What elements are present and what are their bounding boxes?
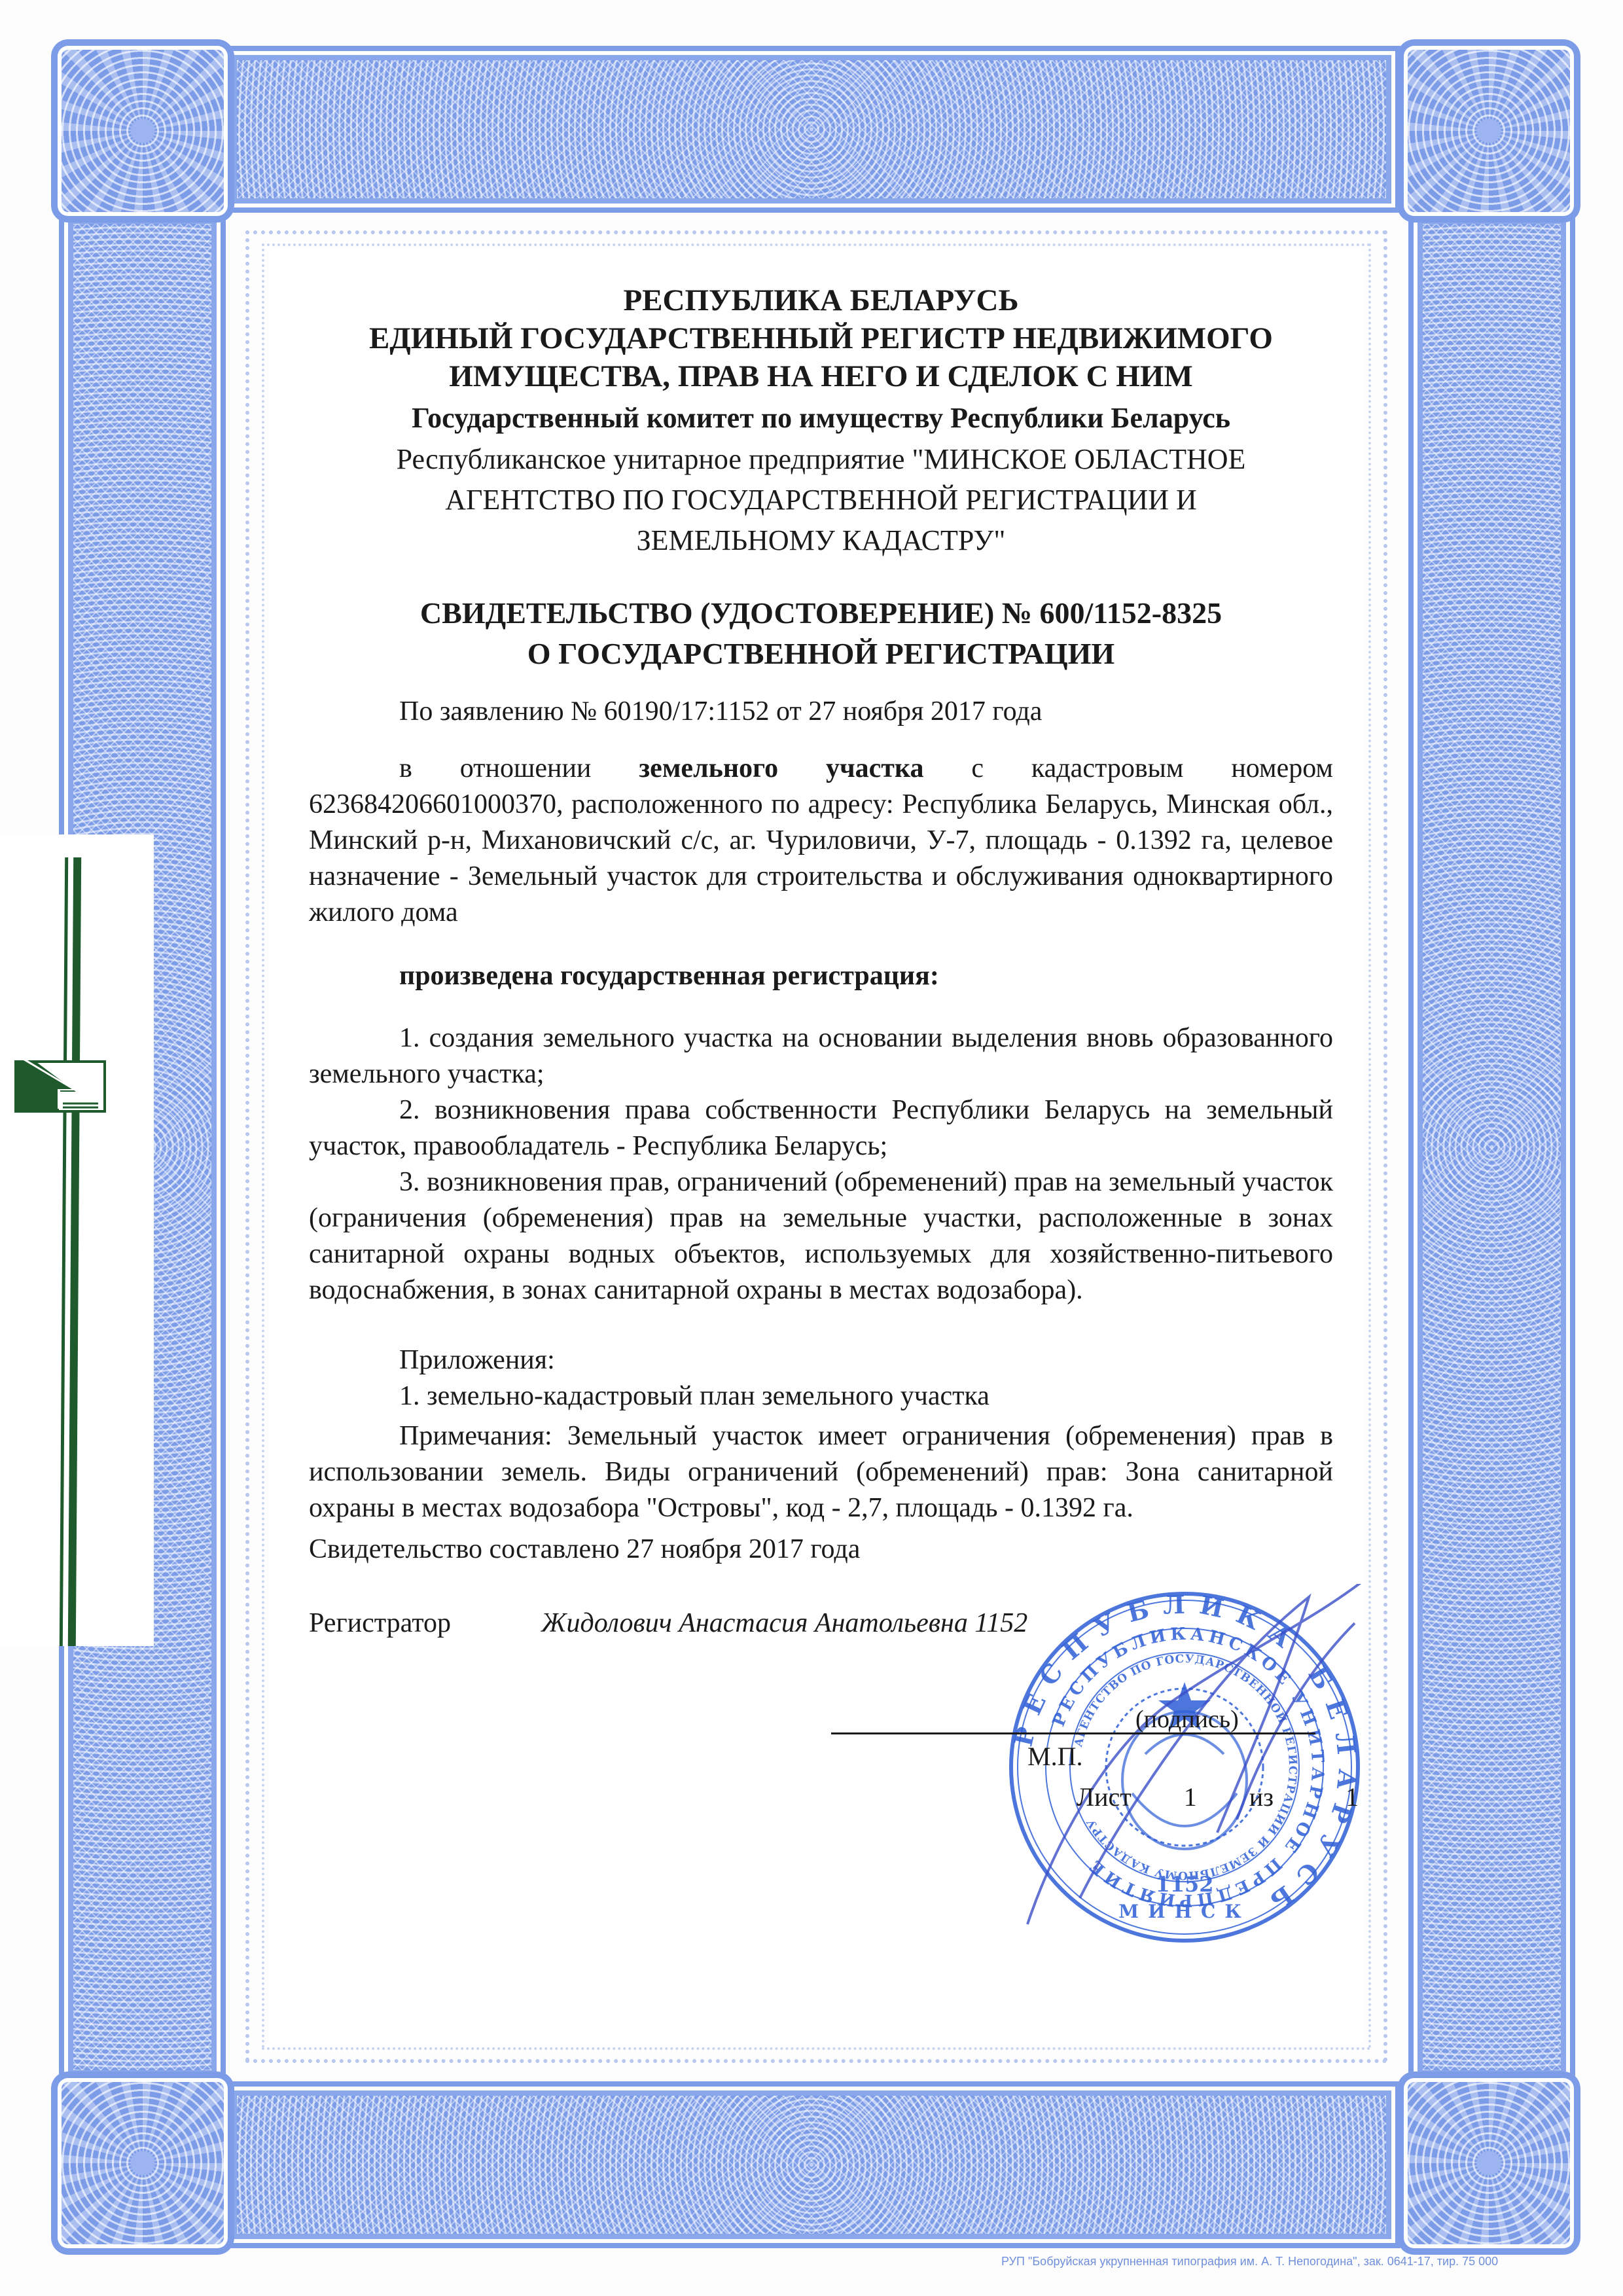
sheet-label: Лист <box>1077 1782 1132 1812</box>
registrar-label: Регистратор <box>309 1605 451 1641</box>
certificate-title-line1: СВИДЕТЕЛЬСТВО (УДОСТОВЕРЕНИЕ) № 600/1152… <box>309 593 1333 634</box>
signature-line <box>831 1732 1315 1734</box>
sheet-number: 1 <box>1184 1782 1197 1812</box>
certificate-body: РЕСПУБЛИКА БЕЛАРУСЬ ЕДИНЫЙ ГОСУДАРСТВЕНН… <box>309 281 1333 1645</box>
corner-medallion-bottom-right <box>1397 2072 1580 2255</box>
registered-heading: произведена государственная регистрация: <box>309 958 1333 994</box>
sheet-counter: Лист 1 из 1 <box>1077 1782 1359 1812</box>
registration-item-3: 3. возникновения прав, ограничений (обре… <box>309 1164 1333 1308</box>
sheet-total: 1 <box>1346 1782 1359 1812</box>
certificate-title: СВИДЕТЕЛЬСТВО (УДОСТОВЕРЕНИЕ) № 600/1152… <box>309 593 1333 674</box>
notes-paragraph: Примечания: Земельный участок имеет огра… <box>309 1418 1333 1526</box>
object-prefix: в отношении <box>399 753 639 783</box>
register-heading-line1: ЕДИНЫЙ ГОСУДАРСТВЕННЫЙ РЕГИСТР НЕДВИЖИМО… <box>309 319 1333 357</box>
registration-item-2: 2. возникновения права собственности Рес… <box>309 1092 1333 1164</box>
country-heading: РЕСПУБЛИКА БЕЛАРУСЬ <box>309 281 1333 319</box>
corner-medallion-top-left <box>51 39 234 223</box>
green-line-thin <box>60 857 68 1646</box>
register-heading-line2: ИМУЩЕСТВА, ПРАВ НА НЕГО И СДЕЛОК С НИМ <box>309 357 1333 395</box>
object-paragraph: в отношении земельного участка с кадастр… <box>309 751 1333 931</box>
object-type: земельного участка <box>639 753 923 783</box>
registration-item-1: 1. создания земельного участка на основа… <box>309 1020 1333 1092</box>
corner-medallion-bottom-left <box>51 2072 234 2255</box>
corner-medallion-top-right <box>1397 39 1580 223</box>
seal-label: М.П. <box>1027 1741 1082 1772</box>
committee-heading: Государственный комитет по имуществу Рес… <box>309 399 1333 437</box>
attachments-heading: Приложения: <box>309 1342 1333 1378</box>
agency-line3: ЗЕМЕЛЬНОМУ КАДАСТРУ" <box>309 522 1333 559</box>
house-logo-icon <box>14 1060 106 1113</box>
agency-line2: АГЕНТСТВО ПО ГОСУДАРСТВЕННОЙ РЕГИСТРАЦИИ… <box>309 482 1333 518</box>
certificate-title-line2: О ГОСУДАРСТВЕННОЙ РЕГИСТРАЦИИ <box>309 634 1333 674</box>
sheet-of: из <box>1249 1782 1274 1812</box>
attachment-item: 1. земельно-кадастровый план земельного … <box>309 1378 1333 1414</box>
border-right <box>1408 209 1575 2085</box>
binding-strip <box>0 834 154 1646</box>
registrar-name: Жидолович Анастасия Анатольевна 1152 <box>541 1605 1027 1641</box>
border-top <box>223 46 1400 213</box>
issued-date: Свидетельство составлено 27 ноября 2017 … <box>309 1532 1333 1568</box>
agency-line1: Республиканское унитарное предприятие "М… <box>309 441 1333 478</box>
registrar-row: Регистратор Жидолович Анастасия Анатолье… <box>309 1605 1333 1645</box>
printer-imprint: РУП "Бобруйская укрупненная типография и… <box>1001 2255 1498 2269</box>
green-line-thick <box>68 857 81 1646</box>
application-line: По заявлению № 60190/17:1152 от 27 ноябр… <box>309 694 1333 730</box>
signature-caption: (подпись) <box>1135 1705 1239 1734</box>
border-bottom <box>223 2081 1400 2248</box>
